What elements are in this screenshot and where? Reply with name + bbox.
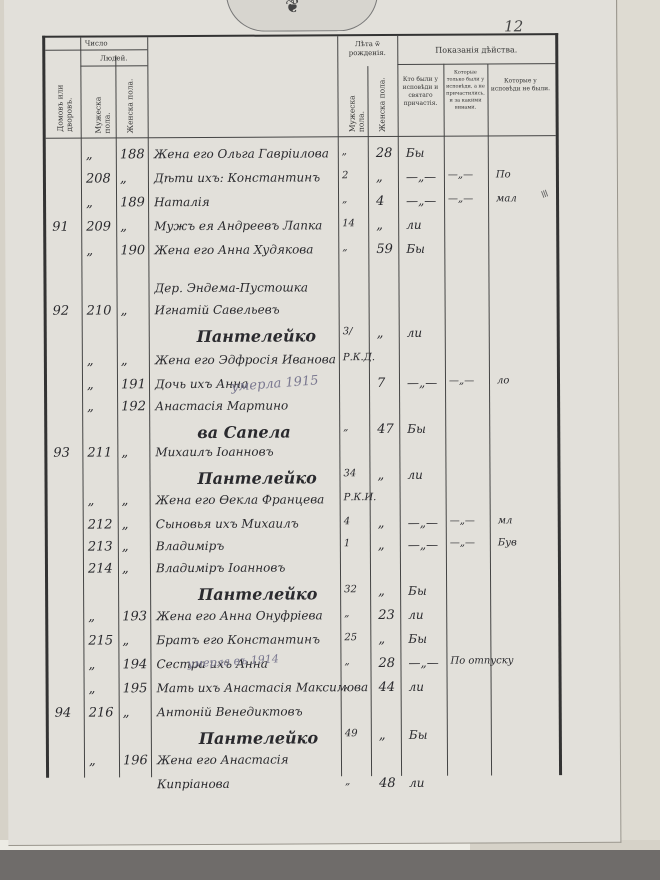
age-male: Р.К.И.	[344, 492, 377, 503]
male-count: 209	[86, 219, 111, 234]
age-male: 32	[344, 584, 357, 595]
age-male: „	[344, 608, 349, 619]
not-confessed-mark: ло	[497, 375, 509, 386]
age-female: 7	[377, 376, 385, 391]
header-male: Мужеска пола.	[93, 73, 111, 133]
person-name: Сыновья ихъ Михаилъ	[156, 516, 299, 531]
not-confessed-mark: Був	[498, 537, 517, 548]
female-count: 195	[123, 681, 148, 696]
confessed-mark: Бы	[408, 584, 427, 598]
header-count: Число	[45, 39, 147, 49]
person-name: Михаилъ Іоанновъ	[155, 445, 273, 460]
female-count: „	[123, 705, 130, 720]
male-count: 211	[87, 445, 112, 460]
header-confessed: Кто были у исповѣди и святаго причастія.	[399, 76, 441, 108]
imperial-crest: ❦	[226, 0, 378, 32]
age-female: „	[379, 728, 386, 743]
confessed-mark: —„—	[408, 538, 438, 552]
header-status: Показанія дѣйства.	[397, 45, 555, 55]
female-count: 192	[121, 399, 146, 414]
person-name: Дер. Эндема-Пустошка	[154, 280, 308, 295]
confessed-mark: ли	[406, 218, 421, 232]
female-count: „	[121, 445, 128, 460]
male-count: 208	[86, 171, 111, 186]
confessed-mark: —„—	[406, 170, 436, 184]
person-name: Жена его Ольга Гавріилова	[154, 146, 329, 161]
confessed-mark: ли	[407, 326, 422, 340]
male-count: „	[88, 494, 95, 509]
confessed-mark: ли	[409, 776, 424, 790]
age-female: „	[377, 468, 384, 483]
confessed-only-mark: —„—	[450, 516, 475, 527]
male-count: „	[86, 244, 93, 259]
person-name: Пантелейко	[199, 728, 318, 748]
age-male: 1	[344, 538, 350, 549]
header-age: Лѣта ѿ рожденія.	[337, 40, 397, 58]
age-male: 4	[344, 516, 350, 527]
household-number: 92	[53, 304, 70, 319]
register-page: ❦ 12 Число Людей. Домовъ или дворовъ. Му…	[4, 0, 621, 846]
adjacent-page-edge	[618, 0, 660, 840]
confessed-mark: —„—	[406, 194, 436, 208]
header-not-confessed: Которые у исповѣди не были.	[489, 77, 551, 93]
age-female: 44	[379, 680, 396, 695]
female-count: 193	[122, 609, 147, 624]
male-count: „	[89, 754, 96, 769]
person-name: Антоній Венедиктовъ	[157, 704, 303, 719]
person-name: Жена его Анна Онуфріева	[156, 608, 322, 623]
female-count: „	[121, 353, 128, 368]
confessed-mark: —„—	[407, 376, 437, 390]
male-count: „	[87, 378, 94, 393]
header-age-male: Мужеска пола.	[347, 72, 365, 132]
person-name: Анастасія Мартино	[155, 399, 288, 414]
age-female: 4	[376, 194, 384, 209]
female-count: 190	[120, 243, 145, 258]
female-count: „	[122, 633, 129, 648]
age-female: „	[378, 584, 385, 599]
female-count: 196	[123, 753, 148, 768]
confessed-only-mark: —„—	[448, 194, 473, 205]
female-count: 194	[122, 657, 147, 672]
person-name: Мать ихъ Анастасія Максимова	[157, 680, 369, 695]
confessed-mark: Бы	[407, 422, 426, 436]
confessed-only-mark: —„—	[450, 538, 475, 549]
age-male: Р.К.Д.	[343, 352, 375, 363]
female-count: „	[122, 517, 129, 532]
age-female: „	[377, 326, 384, 341]
person-name: Игнатій Савельевъ	[155, 303, 280, 318]
male-count: „	[88, 658, 95, 673]
age-male: „	[343, 422, 348, 433]
confessed-mark: ли	[407, 468, 422, 482]
household-number: 94	[55, 706, 72, 721]
household-number: 91	[52, 220, 69, 235]
age-female: 59	[376, 242, 393, 257]
person-name: Жена его Ѳекла Францева	[156, 492, 325, 507]
male-count: „	[89, 682, 96, 697]
age-male: 49	[345, 728, 358, 739]
age-female: „	[378, 632, 385, 647]
person-name: Жена его Анна Худякова	[154, 242, 313, 257]
confessed-mark: ли	[409, 680, 424, 694]
age-male: „	[345, 776, 350, 787]
male-count: 213	[88, 539, 113, 554]
age-male: „	[342, 242, 347, 253]
age-female: 28	[376, 146, 393, 161]
male-count: „	[86, 196, 93, 211]
age-female: „	[376, 218, 383, 233]
person-name: Жена его Анастасія	[157, 753, 289, 768]
age-male: „	[345, 680, 350, 691]
header-female: Женска пола.	[125, 73, 134, 133]
female-count: 188	[120, 147, 145, 162]
female-count: „	[122, 539, 129, 554]
person-name: Пантелейко	[197, 326, 316, 346]
age-male: „	[344, 656, 349, 667]
male-count: 216	[89, 705, 114, 720]
header-persons: Людей.	[80, 54, 147, 63]
person-name: Пантелейко	[198, 584, 317, 604]
age-female: 48	[379, 776, 396, 791]
age-male: 2	[342, 170, 348, 181]
male-count: „	[87, 354, 94, 369]
person-name: Наталія	[154, 195, 210, 209]
age-female: 23	[378, 608, 395, 623]
age-female: 28	[378, 656, 395, 671]
person-name: ва Сапела	[197, 423, 291, 442]
person-name: Владиміръ	[156, 539, 224, 553]
not-confessed-mark: По	[496, 169, 511, 180]
female-count: „	[121, 303, 128, 318]
age-female: „	[378, 538, 385, 553]
person-name: Пантелейко	[197, 468, 316, 488]
male-count: „	[87, 400, 94, 415]
not-confessed-mark: мал	[496, 193, 517, 204]
confessed-mark: ли	[408, 608, 423, 622]
confessed-mark: —„—	[408, 656, 438, 670]
male-count: 214	[88, 561, 113, 576]
confessed-mark: Бы	[406, 242, 425, 256]
confessed-mark: —„—	[408, 516, 438, 530]
male-count: 215	[88, 633, 113, 648]
confessed-mark: Бы	[408, 632, 427, 646]
confessed-only-mark: —„—	[448, 170, 473, 181]
male-count: „	[88, 610, 95, 625]
age-male: „	[342, 146, 347, 157]
female-count: 189	[120, 195, 145, 210]
desk-surface	[0, 850, 660, 880]
register-table: Число Людей. Домовъ или дворовъ. Мужеска…	[42, 33, 562, 778]
confessed-mark: Бы	[406, 146, 425, 160]
person-name: Братъ его Константинъ	[156, 632, 320, 647]
header-confessed-only: Которые только были у исповѣди, а не при…	[445, 69, 485, 111]
crest-icon: ❦	[285, 0, 300, 18]
age-male: 25	[344, 632, 357, 643]
person-name: Мужъ ея Андреевъ Лапка	[154, 218, 322, 233]
person-name: Жена его Эдфросія Иванова	[155, 352, 336, 367]
person-name: Кипріанова	[157, 777, 230, 791]
age-male: „	[342, 194, 347, 205]
male-count: 210	[87, 303, 112, 318]
confessed-only-mark: По отпуску	[450, 655, 513, 666]
female-count: 191	[121, 377, 146, 392]
age-female: 47	[377, 422, 394, 437]
header-households: Домовъ или дворовъ.	[55, 62, 73, 132]
register-rows: „188Жена его Ольга Гавріилова„28Бы208„Дѣ…	[45, 35, 555, 38]
age-female: „	[376, 170, 383, 185]
person-name: Дѣти ихъ: Константинъ	[154, 170, 320, 185]
age-male: 14	[342, 218, 355, 229]
household-number: 93	[53, 446, 70, 461]
confessed-only-mark: —„—	[449, 376, 474, 387]
female-count: „	[122, 493, 129, 508]
male-count: 212	[88, 517, 113, 532]
not-confessed-mark: мл	[498, 515, 513, 526]
male-count: „	[86, 148, 93, 163]
age-female: „	[378, 516, 385, 531]
female-count: „	[122, 561, 129, 576]
age-male: 34	[343, 468, 356, 479]
confessed-mark: Бы	[409, 728, 428, 742]
age-male: 3/	[343, 326, 353, 337]
female-count: „	[120, 219, 127, 234]
person-name: Владиміръ Іоанновъ	[156, 561, 285, 576]
header-age-female: Женска пола.	[377, 72, 386, 132]
female-count: „	[120, 171, 127, 186]
